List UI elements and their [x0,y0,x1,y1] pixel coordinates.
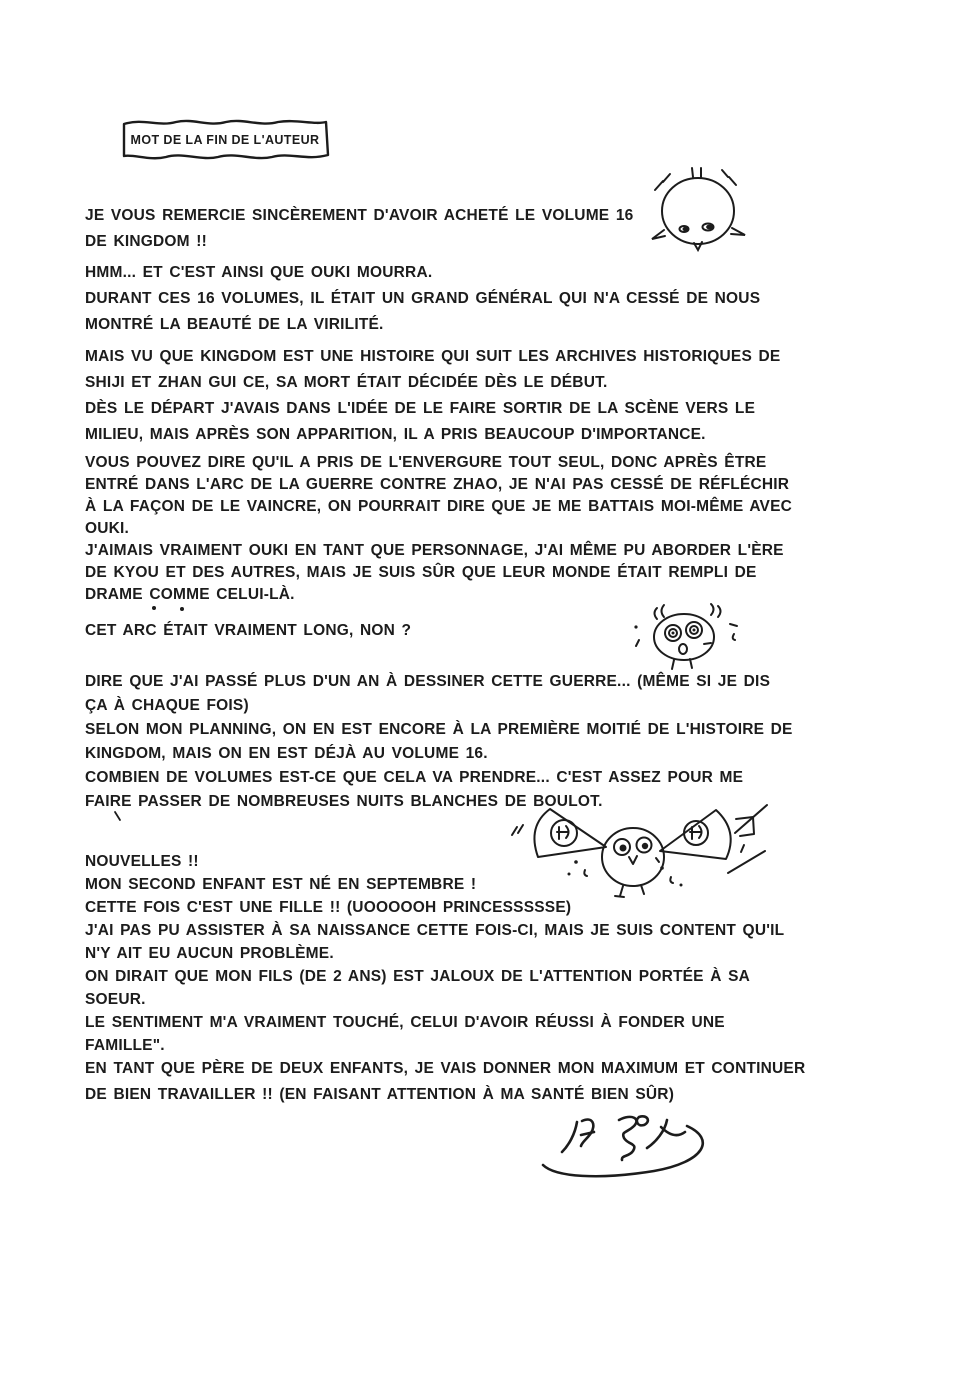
dizzy-chick-doodle-icon [626,596,744,674]
text-line: MON SECOND ENFANT EST NÉ EN SEPTEMBRE ! [85,873,830,896]
text-line: DE KYOU ET DES AUTRES, MAIS JE SUIS SÛR … [85,562,830,584]
text-line: CETTE FOIS C'EST UNE FILLE !! (UOOOOOH P… [85,896,830,919]
text-line: DE KINGDOM !! [85,229,830,255]
paragraph-history: MAIS VU QUE KINGDOM EST UNE HISTOIRE QUI… [85,344,830,448]
text-line: DURANT CES 16 VOLUMES, IL ÉTAIT UN GRAND… [85,286,830,312]
text-line: COMBIEN DE VOLUMES EST-CE QUE CELA VA PR… [85,766,830,790]
text-line: FAMILLE". [85,1034,830,1057]
text-line: SHIJI ET ZHAN GUI CE, SA MORT ÉTAIT DÉCI… [85,370,830,396]
text-line: DIRE QUE J'AI PASSÉ PLUS D'UN AN À DESSI… [85,670,830,694]
text-line: ON DIRAIT QUE MON FILS (DE 2 ANS) EST JA… [85,965,830,988]
emphasis-dot [180,607,184,611]
text-line: LE SENTIMENT M'A VRAIMENT TOUCHÉ, CELUI … [85,1011,830,1034]
text-line: MAIS VU QUE KINGDOM EST UNE HISTOIRE QUI… [85,344,830,370]
text-line: SOEUR. [85,988,830,1011]
text-line: JE VOUS REMERCIE SINCÈREMENT D'AVOIR ACH… [85,203,830,229]
text-line: J'AI PAS PU ASSISTER À SA NAISSANCE CETT… [85,919,830,942]
text-line: HMM... ET C'EST AINSI QUE OUKI MOURRA. [85,260,830,286]
text-line: MILIEU, MAIS APRÈS SON APPARITION, IL A … [85,422,830,448]
text-line: EN TANT QUE PÈRE DE DEUX ENFANTS, JE VAI… [85,1056,830,1082]
stray-pen-mark [113,810,123,824]
text-line: KINGDOM, MAIS ON EN EST DÉJÀ AU VOLUME 1… [85,742,830,766]
afterword-page: MOT DE LA FIN DE L'AUTEUR JE VOUS REMERC… [0,0,975,1400]
text-line: DÈS LE DÉPART J'AVAIS DANS L'IDÉE DE LE … [85,396,830,422]
text-line: SELON MON PLANNING, ON EN EST ENCORE À L… [85,718,830,742]
text-line: DE BIEN TRAVAILLER !! (EN FAISANT ATTENT… [85,1082,830,1108]
page-title: MOT DE LA FIN DE L'AUTEUR [116,114,334,166]
title-box: MOT DE LA FIN DE L'AUTEUR [116,114,334,166]
text-line: N'Y AIT EU AUCUN PROBLÈME. [85,942,830,965]
text-line: OUKI. [85,518,830,540]
emphasis-dot [152,606,156,610]
text-line: ENTRÉ DANS L'ARC DE LA GUERRE CONTRE ZHA… [85,474,830,496]
paragraph-father: EN TANT QUE PÈRE DE DEUX ENFANTS, JE VAI… [85,1056,830,1108]
paragraph-ouki-death: HMM... ET C'EST AINSI QUE OUKI MOURRA. D… [85,260,830,338]
text-line: À LA FAÇON DE LE VAINCRE, ON POURRAIT DI… [85,496,830,518]
text-line: VOUS POUVEZ DIRE QU'IL A PRIS DE L'ENVER… [85,452,830,474]
text-line: MONTRÉ LA BEAUTÉ DE LA VIRILITÉ. [85,312,830,338]
paragraph-news: NOUVELLES !! MON SECOND ENFANT EST NÉ EN… [85,850,830,1057]
paragraph-thanks: JE VOUS REMERCIE SINCÈREMENT D'AVOIR ACH… [85,203,830,255]
text-line: J'AIMAIS VRAIMENT OUKI EN TANT QUE PERSO… [85,540,830,562]
text-line: ÇA À CHAQUE FOIS) [85,694,830,718]
author-signature-scribble [535,1108,745,1208]
text-line: NOUVELLES !! [85,850,830,873]
paragraph-planning: DIRE QUE J'AI PASSÉ PLUS D'UN AN À DESSI… [85,670,830,814]
paragraph-envergure: VOUS POUVEZ DIRE QU'IL A PRIS DE L'ENVER… [85,452,830,606]
